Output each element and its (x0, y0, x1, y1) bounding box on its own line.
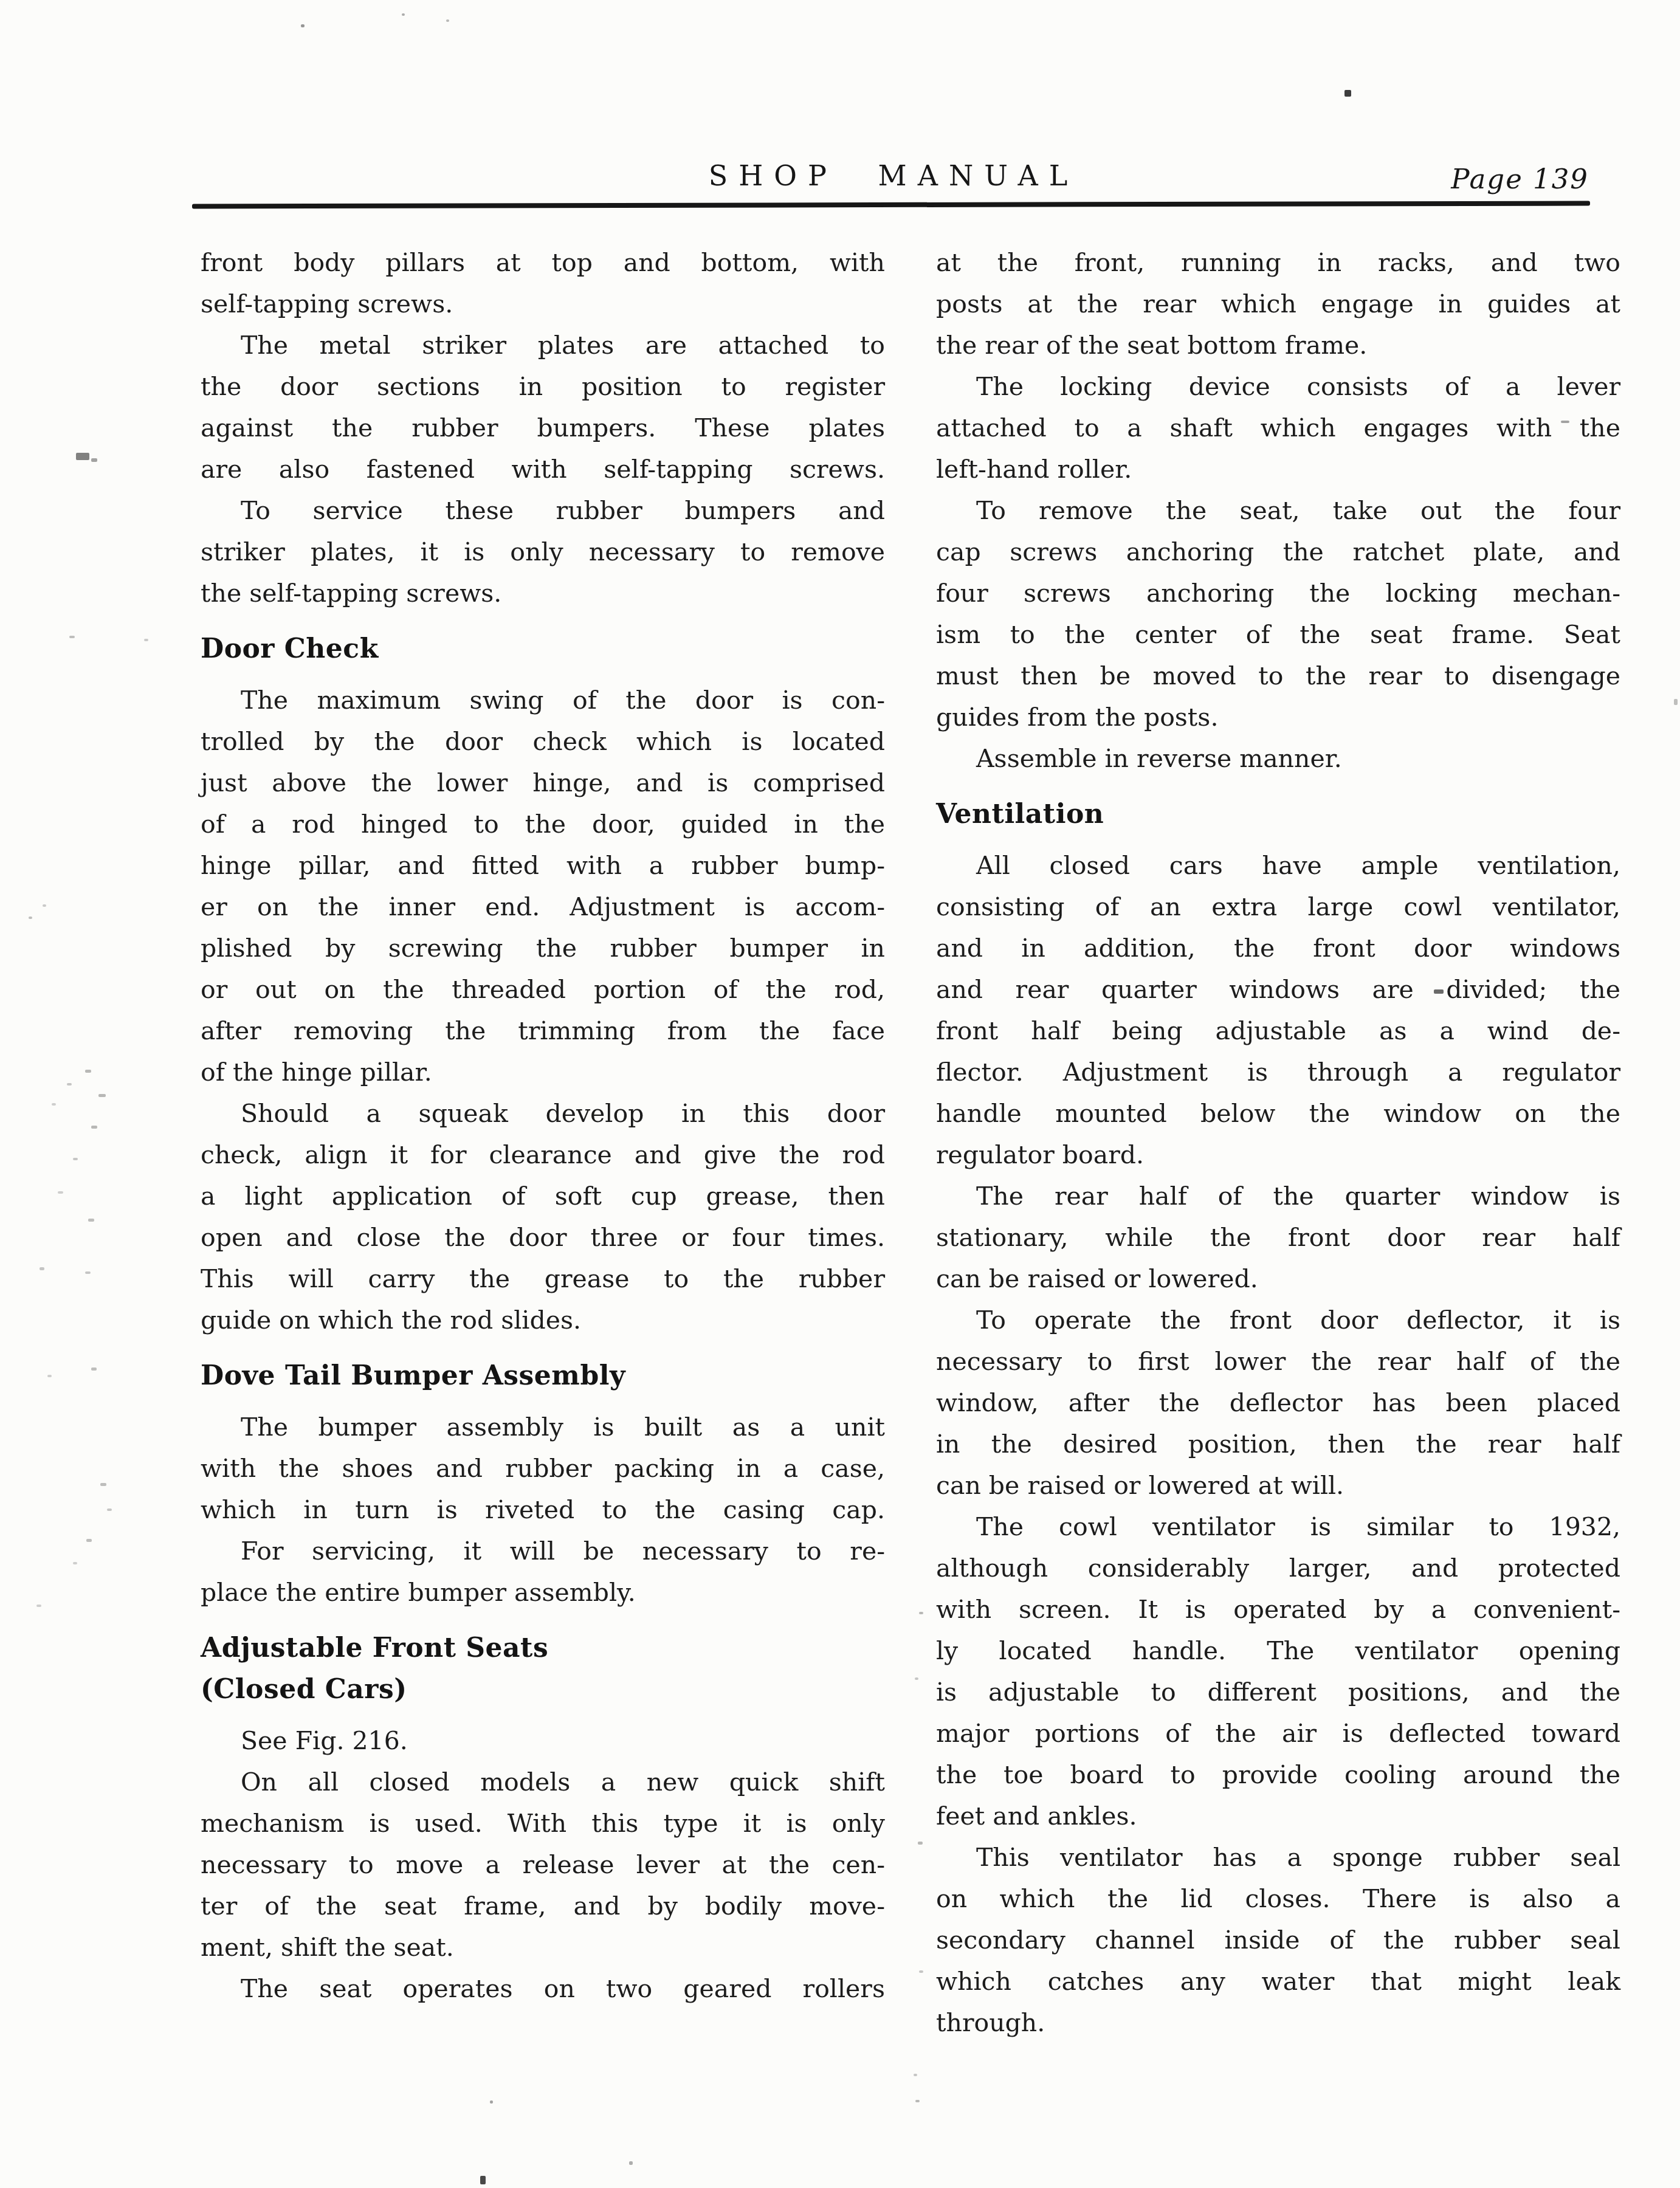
scanned-manual-page: SHOP MANUAL Page 139 front body pillars … (0, 0, 1680, 2188)
text-line: plished by screwing the rubber bumper in (201, 927, 885, 969)
scan-speck (100, 1483, 106, 1486)
text-line: striker plates, it is only necessary to … (201, 531, 885, 573)
text-line: left-hand roller. (936, 449, 1620, 490)
text-line: on which the lid closes. There is also a (936, 1878, 1620, 1919)
paragraph: To service these rubber bumpers andstrik… (201, 490, 885, 614)
paragraph: On all closed models a new quick shiftme… (201, 1761, 885, 1968)
text-line: the self-tapping screws. (201, 573, 885, 614)
scan-speck (98, 1094, 106, 1097)
scan-speck (915, 1677, 918, 1680)
text-line: stationary, while the front door rear ha… (936, 1217, 1620, 1258)
scan-speck (52, 1103, 56, 1106)
text-line: flector. Adjustment is through a regulat… (936, 1051, 1620, 1093)
text-line: open and close the door three or four ti… (201, 1217, 885, 1258)
text-line: with screen. It is operated by a conveni… (936, 1589, 1620, 1630)
text-line: window, after the deflector has been pla… (936, 1382, 1620, 1423)
text-line: ism to the center of the seat frame. Sea… (936, 614, 1620, 655)
scan-speck (446, 19, 449, 22)
scan-speck (107, 1509, 112, 1511)
text-line: or out on the threaded portion of the ro… (201, 969, 885, 1010)
heading-line: Dove Tail Bumper Assembly (201, 1355, 885, 1397)
text-line: through. (936, 2002, 1620, 2043)
text-line: necessary to first lower the rear half o… (936, 1341, 1620, 1382)
paragraph: The seat operates on two geared rollers (201, 1968, 885, 2009)
text-line: just above the lower hinge, and is compr… (201, 762, 885, 803)
text-line: at the front, running in racks, and two (936, 242, 1620, 283)
text-line: guides from the posts. (936, 697, 1620, 738)
scan-speck (88, 1219, 94, 1222)
scan-speck (301, 24, 305, 27)
text-line: This ventilator has a sponge rubber seal (936, 1837, 1620, 1878)
paragraph: Assemble in reverse manner. (936, 738, 1620, 779)
text-line: To remove the seat, take out the four (936, 490, 1620, 531)
scan-speck (914, 2074, 917, 2076)
scan-speck (85, 1070, 91, 1073)
scan-speck (36, 1605, 41, 1607)
text-line: The bumper assembly is built as a unit (201, 1406, 885, 1448)
text-line: necessary to move a release lever at the… (201, 1844, 885, 1885)
text-line: All closed cars have ample ventilation, (936, 845, 1620, 886)
scan-speck (43, 904, 46, 907)
text-line: is adjustable to different positions, an… (936, 1671, 1620, 1713)
section-heading: Ventilation (936, 794, 1620, 835)
text-line: To service these rubber bumpers and (201, 490, 885, 531)
text-line: Should a squeak develop in this door (201, 1093, 885, 1134)
scan-speck (1344, 90, 1351, 97)
paragraph: The maximum swing of the door is con-tro… (201, 679, 885, 1093)
paragraph: at the front, running in racks, and twop… (936, 242, 1620, 366)
paragraph: The metal striker plates are attached to… (201, 325, 885, 490)
paragraph: This ventilator has a sponge rubber seal… (936, 1837, 1620, 2043)
scan-speck (86, 1539, 92, 1542)
text-line: feet and ankles. (936, 1795, 1620, 1837)
text-line: On all closed models a new quick shift (201, 1761, 885, 1803)
scan-speck (1561, 421, 1569, 423)
text-line: To operate the front door deflector, it … (936, 1299, 1620, 1341)
text-line: The seat operates on two geared rollers (201, 1968, 885, 2009)
scan-speck (919, 1970, 923, 1973)
text-line: must then be moved to the rear to diseng… (936, 655, 1620, 697)
right-text-column: at the front, running in racks, and twop… (936, 242, 1620, 2043)
text-line: can be raised or lowered at will. (936, 1465, 1620, 1506)
paragraph: The cowl ventilator is similar to 1932,a… (936, 1506, 1620, 1837)
text-line: the rear of the seat bottom frame. (936, 325, 1620, 366)
text-line: in the desired position, then the rear h… (936, 1423, 1620, 1465)
paragraph: To operate the front door deflector, it … (936, 1299, 1620, 1506)
text-line: and in addition, the front door windows (936, 927, 1620, 969)
text-line: self-tapping screws. (201, 283, 885, 325)
paragraph: The bumper assembly is built as a unitwi… (201, 1406, 885, 1530)
text-line: regulator board. (936, 1134, 1620, 1175)
text-line: posts at the rear which engage in guides… (936, 283, 1620, 325)
paragraph: For servicing, it will be necessary to r… (201, 1530, 885, 1613)
text-line: ly located handle. The ventilator openin… (936, 1630, 1620, 1671)
text-line: attached to a shaft which engages with t… (936, 407, 1620, 449)
page-number-label: Page 139 (1451, 163, 1589, 195)
text-line: four screws anchoring the locking mechan… (936, 573, 1620, 614)
scan-speck (91, 458, 97, 462)
heading-line: Adjustable Front Seats (201, 1628, 885, 1669)
text-line: The locking device consists of a lever (936, 366, 1620, 407)
heading-line: Door Check (201, 628, 885, 670)
section-heading: Door Check (201, 628, 885, 670)
text-line: the door sections in position to registe… (201, 366, 885, 407)
scan-speck (629, 2161, 633, 2165)
text-line: ment, shift the seat. (201, 1927, 885, 1968)
text-line: See Fig. 216. (201, 1720, 885, 1761)
text-line: check, align it for clearance and give t… (201, 1134, 885, 1175)
scan-speck (1434, 989, 1444, 994)
paragraph: To remove the seat, take out the fourcap… (936, 490, 1620, 738)
text-line: place the entire bumper assembly. (201, 1572, 885, 1613)
text-line: Assemble in reverse manner. (936, 738, 1620, 779)
text-line: The cowl ventilator is similar to 1932, (936, 1506, 1620, 1547)
paragraph: Should a squeak develop in this doorchec… (201, 1093, 885, 1341)
scan-speck (144, 639, 148, 641)
text-line: which catches any water that might leak (936, 1961, 1620, 2002)
scan-speck (480, 2176, 486, 2184)
text-line: consisting of an extra large cowl ventil… (936, 886, 1620, 927)
text-line: trolled by the door check which is locat… (201, 721, 885, 762)
text-line: major portions of the air is deflected t… (936, 1713, 1620, 1754)
text-line: mechanism is used. With this type it is … (201, 1803, 885, 1844)
page-title: SHOP MANUAL (709, 159, 1079, 192)
text-line: secondary channel inside of the rubber s… (936, 1919, 1620, 1961)
paragraph: The locking device consists of a leverat… (936, 366, 1620, 490)
scan-speck (402, 13, 405, 16)
scan-speck (91, 1126, 97, 1129)
text-line: guide on which the rod slides. (201, 1299, 885, 1341)
section-heading: Dove Tail Bumper Assembly (201, 1355, 885, 1397)
text-line: the toe board to provide cooling around … (936, 1754, 1620, 1795)
text-line: This will carry the grease to the rubber (201, 1258, 885, 1299)
scan-speck (85, 1271, 91, 1274)
text-line: and rear quarter windows are divided; th… (936, 969, 1620, 1010)
text-line: The rear half of the quarter window is (936, 1175, 1620, 1217)
text-line: are also fastened with self-tapping scre… (201, 449, 885, 490)
scan-speck (58, 1191, 63, 1194)
scan-speck (915, 2100, 920, 2102)
scan-speck (918, 1842, 923, 1845)
text-line: front half being adjustable as a wind de… (936, 1010, 1620, 1051)
text-line: after removing the trimming from the fac… (201, 1010, 885, 1051)
text-line: of the hinge pillar. (201, 1051, 885, 1093)
text-line: although considerably larger, and protec… (936, 1547, 1620, 1589)
paragraph: See Fig. 216. (201, 1720, 885, 1761)
scan-speck (91, 1367, 97, 1371)
text-line: cap screws anchoring the ratchet plate, … (936, 531, 1620, 573)
paragraph: The rear half of the quarter window isst… (936, 1175, 1620, 1299)
text-line: with the shoes and rubber packing in a c… (201, 1448, 885, 1489)
scan-speck (76, 453, 89, 460)
text-line: a light application of soft cup grease, … (201, 1175, 885, 1217)
paragraph: All closed cars have ample ventilation,c… (936, 845, 1620, 1175)
scan-speck (69, 636, 75, 638)
scan-speck (1674, 699, 1678, 705)
scan-speck (40, 1267, 44, 1270)
scan-speck (73, 1562, 77, 1564)
text-line: The maximum swing of the door is con- (201, 679, 885, 721)
scan-speck (919, 1612, 923, 1614)
text-line: The metal striker plates are attached to (201, 325, 885, 366)
text-line: of a rod hinged to the door, guided in t… (201, 803, 885, 845)
header-rule (192, 201, 1590, 209)
text-line: front body pillars at top and bottom, wi… (201, 242, 885, 283)
heading-line: Ventilation (936, 794, 1620, 835)
text-line: er on the inner end. Adjustment is accom… (201, 886, 885, 927)
scan-speck (73, 1158, 78, 1160)
text-line: can be raised or lowered. (936, 1258, 1620, 1299)
scan-speck (29, 917, 32, 919)
text-line: which in turn is riveted to the casing c… (201, 1489, 885, 1530)
text-line: against the rubber bumpers. These plates (201, 407, 885, 449)
text-line: ter of the seat frame, and by bodily mov… (201, 1885, 885, 1927)
left-text-column: front body pillars at top and bottom, wi… (201, 242, 885, 2009)
scan-speck (47, 1375, 52, 1377)
scan-speck (490, 2100, 493, 2104)
text-line: handle mounted below the window on the (936, 1093, 1620, 1134)
heading-line: (Closed Cars) (201, 1669, 885, 1710)
scan-speck (67, 1083, 72, 1085)
paragraph: front body pillars at top and bottom, wi… (201, 242, 885, 325)
text-line: hinge pillar, and fitted with a rubber b… (201, 845, 885, 886)
text-line: For servicing, it will be necessary to r… (201, 1530, 885, 1572)
section-heading: Adjustable Front Seats(Closed Cars) (201, 1628, 885, 1710)
